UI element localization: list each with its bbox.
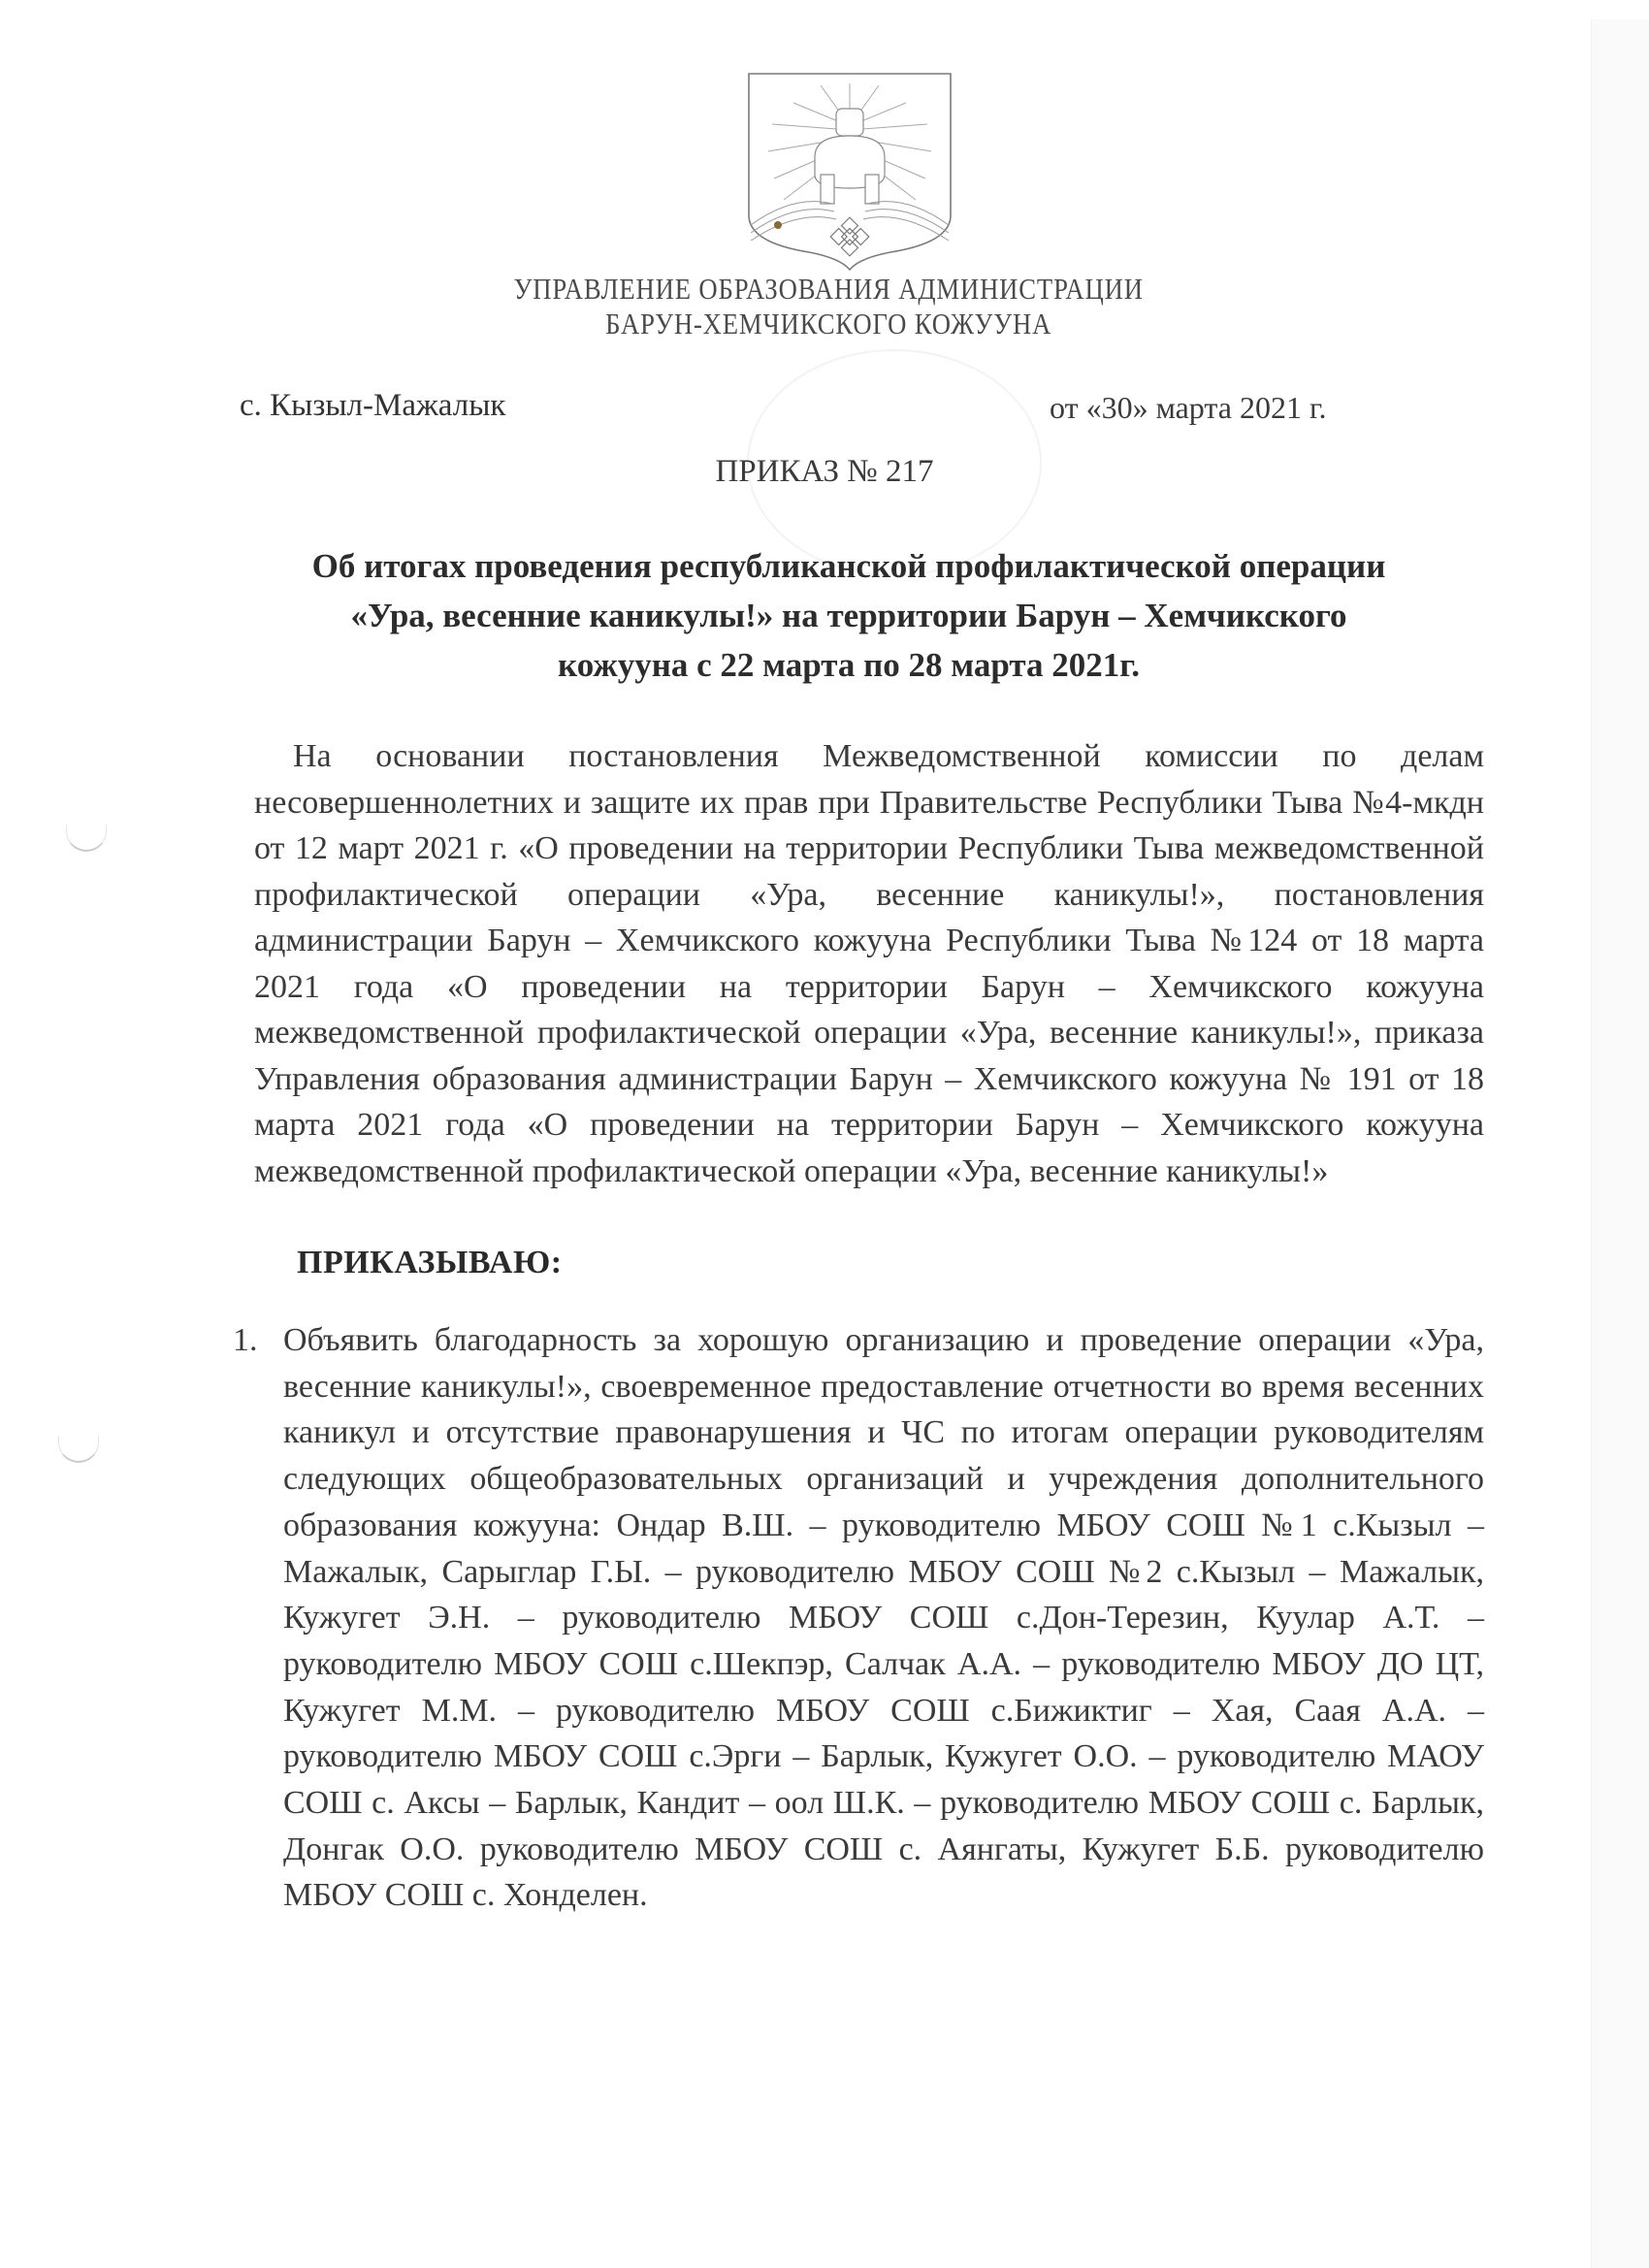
punch-hole-mark bbox=[58, 1436, 99, 1463]
organization-header: УПРАВЛЕНИЕ ОБРАЗОВАНИЯ АДМИНИСТРАЦИИ БАР… bbox=[119, 272, 1537, 341]
organization-name-line2: БАРУН-ХЕМЧИКСКОГО КОЖУУНА bbox=[119, 307, 1537, 341]
scan-edge bbox=[1591, 19, 1649, 2268]
preamble-paragraph: На основании постановления Межведомствен… bbox=[254, 733, 1484, 1194]
punch-hole-mark bbox=[66, 825, 107, 852]
document-date: от «30» марта 2021 г. bbox=[1050, 390, 1326, 426]
document-place: с. Кызыл-Мажалык bbox=[240, 388, 505, 424]
order-item: 1. Объявить благодарность за хорошую орг… bbox=[233, 1317, 1484, 1919]
order-items-list: 1. Объявить благодарность за хорошую орг… bbox=[233, 1317, 1484, 1919]
organization-name-line1: УПРАВЛЕНИЕ ОБРАЗОВАНИЯ АДМИНИСТРАЦИИ bbox=[119, 272, 1537, 307]
order-item-number: 1. bbox=[233, 1317, 283, 1919]
order-number: ПРИКАЗ № 217 bbox=[0, 454, 1649, 490]
document-title: Об итогах проведения республиканской про… bbox=[291, 541, 1406, 690]
coat-of-arms-icon bbox=[745, 70, 954, 274]
order-item-text: Объявить благодарность за хорошую органи… bbox=[283, 1317, 1484, 1919]
command-heading: ПРИКАЗЫВАЮ: bbox=[297, 1245, 563, 1281]
document-page: УПРАВЛЕНИЕ ОБРАЗОВАНИЯ АДМИНИСТРАЦИИ БАР… bbox=[0, 0, 1649, 2268]
